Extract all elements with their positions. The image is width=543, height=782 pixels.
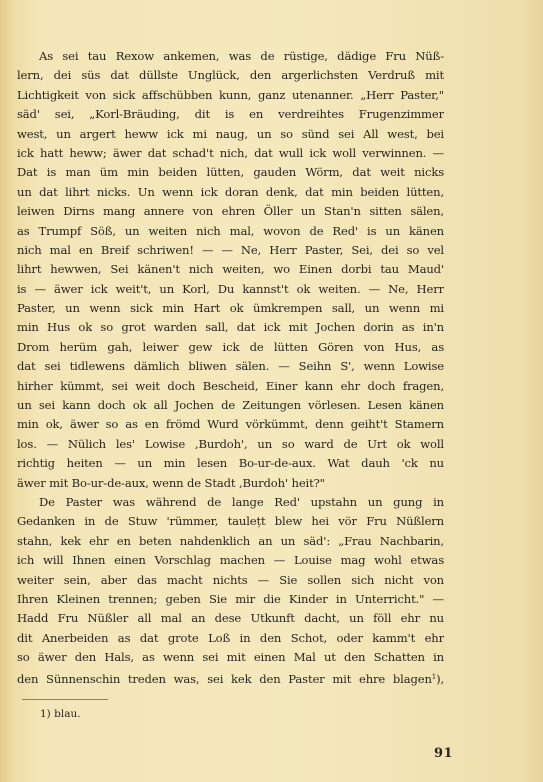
- text-line: min ok, äwer so as en frömd Wurd vörkümm…: [17, 415, 444, 434]
- text-line: Paster, un wenn sick min Hart ok ümkremp…: [17, 299, 444, 318]
- book-page: As sei tau Rexow ankemen, was de rüstige…: [0, 0, 543, 782]
- text-line: stahn, kek ehr en beten nahdenklich an u…: [17, 532, 444, 551]
- text-line: Hadd Fru Nüßler all mal an dese Utkunft …: [17, 609, 444, 628]
- text-line: ich will Ihnen einen Vorschlag machen — …: [17, 551, 444, 570]
- footnote: 1) blau.: [40, 707, 81, 721]
- footnote-text: blau.: [54, 708, 80, 720]
- text-line: weiter sein, aber das macht nichts — Sie…: [17, 571, 444, 590]
- footnote-marker: 1): [40, 708, 51, 720]
- text-line: min Hus ok so grot warden sall, dat ick …: [17, 318, 444, 337]
- text-line: ick hatt heww; äwer dat schad't nich, da…: [17, 144, 444, 163]
- text-line: as Trumpf Söß, un weiten nich mal, wovon…: [17, 222, 444, 241]
- page-number: 91: [434, 746, 453, 761]
- text-line: Gedanken in de Stuw 'rümmer, taulețt ble…: [17, 512, 444, 531]
- text-line-with-footnote: den Sünnenschin treden was, sei kek den …: [17, 668, 444, 687]
- text-line: los. — Nülich les' Lowise ‚Burdoh', un s…: [17, 435, 444, 454]
- footnote-divider: [22, 699, 108, 700]
- text-line: richtig heiten — un min lesen Bo-ur-de-a…: [17, 454, 444, 473]
- text-line: De Paster was während de lange Red' upst…: [17, 493, 444, 512]
- text-line: lern, dei süs dat düllste Unglück, den a…: [17, 66, 444, 85]
- text-line: Ihren Kleinen trennen; geben Sie mir die…: [17, 590, 444, 609]
- text-line: lihrt hewwen, Sei känen't nich weiten, w…: [17, 260, 444, 279]
- text-line: un dat lihrt nicks. Un wenn ick doran de…: [17, 183, 444, 202]
- body-text: As sei tau Rexow ankemen, was de rüstige…: [17, 47, 444, 687]
- text-line: west, un argert heww ick mi naug, un so …: [17, 125, 444, 144]
- text-line: un sei kann doch ok all Jochen de Zeitun…: [17, 396, 444, 415]
- text-line: Drom herüm gah, leiwer gew ick de lütten…: [17, 338, 444, 357]
- text-line: Dat is man üm min beiden lütten, gauden …: [17, 163, 444, 182]
- text-line: nich mal en Breif schriwen! — — Ne, Herr…: [17, 241, 444, 260]
- text-line: leiwen Dirns mang annere von ehren Öller…: [17, 202, 444, 221]
- text-line-content: den Sünnenschin treden was, sei kek den …: [17, 672, 432, 686]
- text-line: is — äwer ick weit't, un Korl, Du kannst…: [17, 280, 444, 299]
- text-line: säd' sei, „Korl-Bräuding, dit is en verd…: [17, 105, 444, 124]
- text-line: dit Anerbeiden as dat grote Loß in den S…: [17, 629, 444, 648]
- text-line: hirher kümmt, sei weit doch Bescheid, Ei…: [17, 377, 444, 396]
- text-line: so äwer den Hals, as wenn sei mit einen …: [17, 648, 444, 667]
- text-line: Lichtigkeit von sick affschübben kunn, g…: [17, 86, 444, 105]
- text-line: äwer mit Bo-ur-de-aux, wenn de Stadt ‚Bu…: [17, 474, 444, 493]
- text-line: dat sei tidlewens dämlich bliwen sälen. …: [17, 357, 444, 376]
- text-line-tail: ),: [436, 672, 444, 686]
- text-line: As sei tau Rexow ankemen, was de rüstige…: [17, 47, 444, 66]
